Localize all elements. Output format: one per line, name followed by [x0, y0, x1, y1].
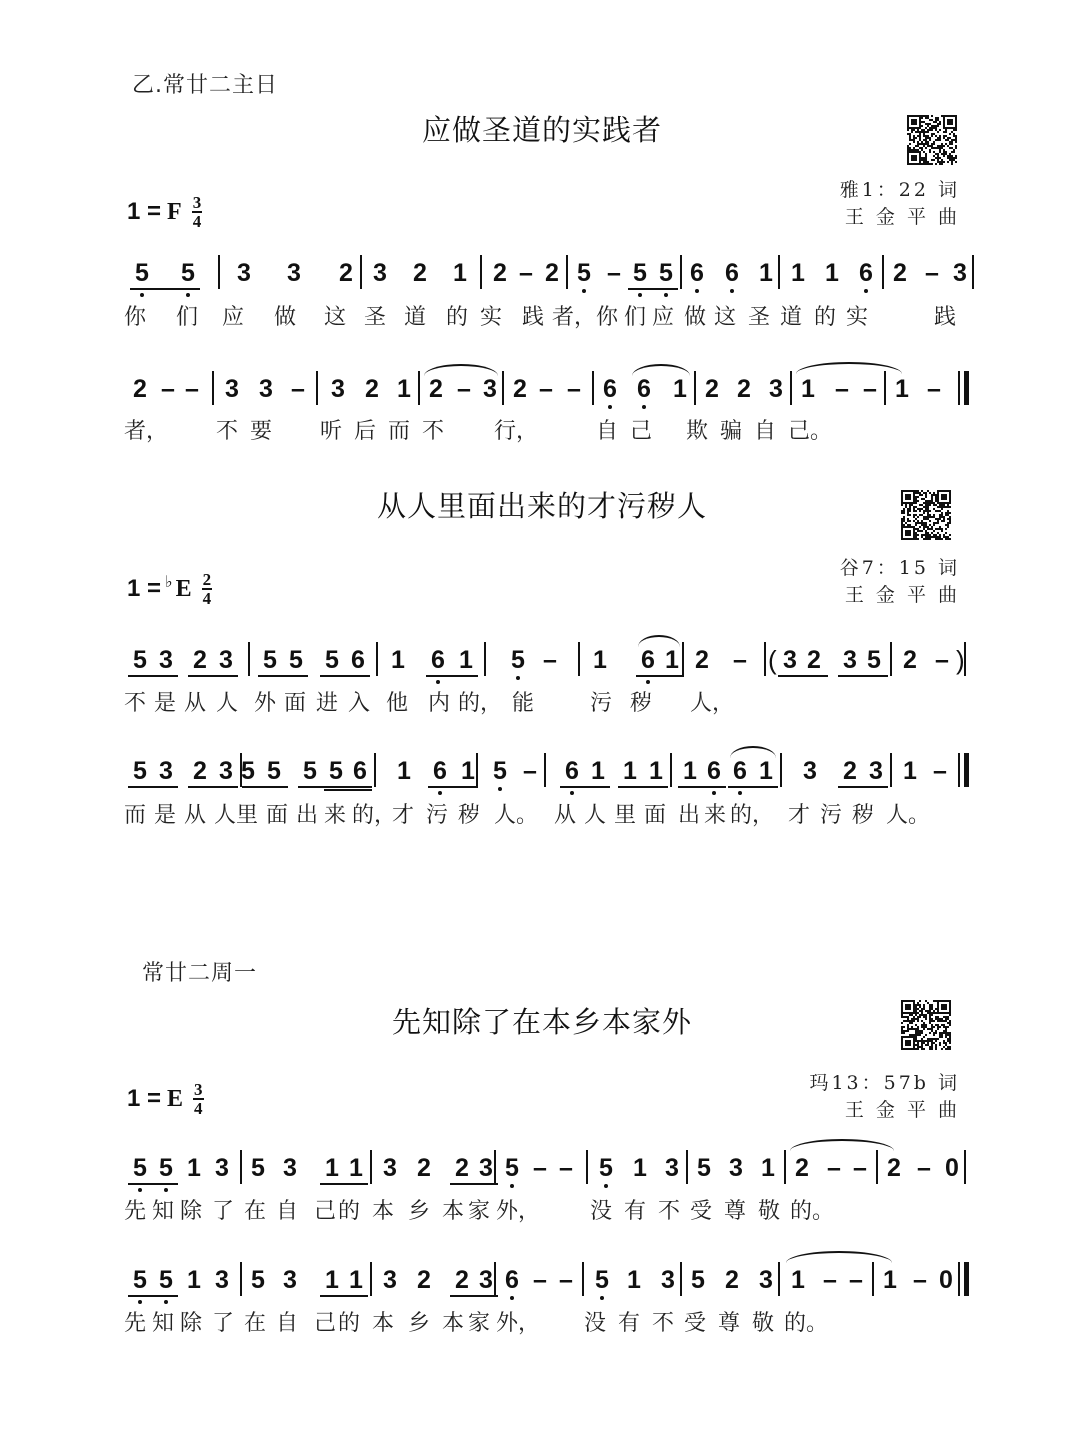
note-value: 1	[325, 1266, 339, 1294]
lyric-syllable: 进	[316, 686, 338, 717]
note: –	[530, 1265, 550, 1295]
note: 1	[624, 1265, 644, 1295]
low-octave-dot	[138, 1300, 142, 1304]
note: 6	[638, 645, 658, 675]
lyric-syllable: 尊	[724, 1194, 746, 1225]
low-octave-dot	[738, 791, 742, 795]
lyrics-line: 先知除了在自己的本乡本家外，没有不受尊敬的。	[124, 1306, 964, 1336]
occasion-label: 常廿二周一	[142, 956, 257, 987]
low-octave-dot	[164, 1188, 168, 1192]
lyric-syllable: 乡	[408, 1194, 430, 1225]
lyric-syllable: 行，	[494, 414, 538, 445]
note: 2	[190, 645, 210, 675]
note-value: 1	[761, 1154, 775, 1182]
note: 2	[884, 1153, 904, 1183]
note-value: 3	[769, 375, 783, 403]
note: 5	[178, 258, 198, 288]
low-octave-dot	[436, 680, 440, 684]
song-credits: 玛13：57b 词王 金 平 曲	[809, 1070, 960, 1124]
note: –	[530, 1153, 550, 1183]
note: 3	[328, 374, 348, 404]
lyric-syllable: 在	[244, 1306, 266, 1337]
note: –	[932, 645, 952, 675]
slur-arc	[786, 1251, 892, 1263]
note-value: –	[935, 646, 949, 674]
time-sig-numerator: 3	[193, 1082, 204, 1100]
note-value: 6	[690, 259, 704, 287]
note: 1	[394, 756, 414, 786]
low-octave-dot	[664, 293, 668, 297]
barline	[680, 255, 682, 289]
note: 2	[890, 258, 910, 288]
note-value: 3	[665, 1154, 679, 1182]
note: 1	[670, 374, 690, 404]
lyric-syllable: 外	[254, 686, 276, 717]
note: 3	[280, 1265, 300, 1295]
note: 5	[864, 645, 884, 675]
note-value: –	[835, 375, 849, 403]
note-value: 5	[595, 1266, 609, 1294]
lyric-syllable: 出	[678, 798, 700, 829]
barline	[890, 753, 892, 787]
eighth-beam	[628, 288, 678, 290]
note: 6	[428, 645, 448, 675]
lyric-syllable: 做	[684, 300, 706, 331]
lyric-syllable: 外，	[496, 1306, 540, 1337]
note-value: 5	[251, 1266, 265, 1294]
barline	[694, 371, 696, 405]
lyric-syllable: 秽	[852, 798, 874, 829]
note-value: 6	[565, 757, 579, 785]
note: 3	[212, 1153, 232, 1183]
barline	[790, 371, 792, 405]
note-value: 6	[707, 757, 721, 785]
note-value: 1	[759, 757, 773, 785]
note: 3	[280, 1153, 300, 1183]
barline	[784, 1150, 786, 1184]
lyric-syllable: 圣	[364, 300, 386, 331]
key-letter: F	[167, 199, 182, 226]
note: 3	[380, 1265, 400, 1295]
lyric-syllable: 受	[690, 1194, 712, 1225]
lyrics-line: 不是从人外面进入他内的，能污秽人，	[124, 686, 964, 716]
note-value: 2	[493, 259, 507, 287]
notation-line: 2––33–3212–32––6612231––1–	[124, 374, 964, 414]
eighth-beam	[324, 789, 372, 791]
low-octave-dot	[510, 1184, 514, 1188]
note-value: –	[925, 259, 939, 287]
note-value: 1	[593, 646, 607, 674]
note: 2	[804, 645, 824, 675]
lyric-syllable: 不	[216, 414, 238, 445]
qr-code-icon[interactable]	[901, 490, 951, 540]
note: 5	[264, 756, 284, 786]
note: 2	[692, 645, 712, 675]
lyric-syllable: 面	[644, 798, 666, 829]
note: –	[536, 374, 556, 404]
note-value: 1	[187, 1266, 201, 1294]
notation-line: 532355561615–1612–32352–()	[124, 645, 964, 685]
low-octave-dot	[600, 1296, 604, 1300]
note: 3	[234, 258, 254, 288]
lyricist-credit: 谷7：15 词	[840, 555, 960, 582]
note: 6	[856, 258, 876, 288]
lyric-syllable: 里	[236, 798, 258, 829]
note-value: 2	[807, 646, 821, 674]
note: 3	[216, 756, 236, 786]
note-value: 5	[133, 646, 147, 674]
note: 1	[590, 645, 610, 675]
note-value: 3	[215, 1154, 229, 1182]
note-value: 3	[383, 1266, 397, 1294]
note: 3	[256, 374, 276, 404]
lyric-syllable: 是	[154, 686, 176, 717]
note: 1	[184, 1265, 204, 1295]
key-signature: 1 =F34	[127, 195, 202, 229]
notation-line: 553323212–25–556611162–3	[124, 258, 964, 298]
note: 5	[300, 756, 320, 786]
note: 3	[476, 1265, 496, 1295]
eighth-beam	[258, 675, 308, 677]
note-value: 3	[159, 757, 173, 785]
note: 3	[216, 645, 236, 675]
note-value: –	[927, 375, 941, 403]
lyric-syllable: 道	[404, 300, 426, 331]
note-value: 5	[241, 757, 255, 785]
song-credits: 谷7：15 词王 金 平 曲	[840, 555, 960, 609]
lyric-syllable: 除	[180, 1194, 202, 1225]
note-value: 5	[133, 757, 147, 785]
note: 6	[502, 1265, 522, 1295]
lyric-syllable: 从	[184, 798, 206, 829]
note: 5	[688, 1265, 708, 1295]
lyric-syllable: 来	[704, 798, 726, 829]
note-value: 5	[511, 646, 525, 674]
note-value: 1	[627, 1266, 641, 1294]
note-value: 5	[181, 259, 195, 287]
barline	[958, 1262, 960, 1296]
barline	[218, 255, 220, 289]
lyric-syllable: 他	[386, 686, 408, 717]
lyric-syllable: 应	[222, 300, 244, 331]
note-value: 1	[791, 259, 805, 287]
composer-credit: 王 金 平 曲	[840, 582, 960, 609]
eighth-beam	[320, 1295, 368, 1297]
note-value: 6	[637, 375, 651, 403]
note-value: –	[823, 1266, 837, 1294]
note: 1	[756, 756, 776, 786]
time-signature: 24	[202, 572, 213, 606]
lyric-syllable: 来	[324, 798, 346, 829]
note: 1	[322, 1265, 342, 1295]
note: 6	[430, 756, 450, 786]
note: 3	[658, 1265, 678, 1295]
lyric-syllable: 圣	[748, 300, 770, 331]
lyric-syllable: 自	[596, 414, 618, 445]
barline	[578, 642, 580, 676]
lyric-syllable: 不	[652, 1306, 674, 1337]
eighth-beam	[426, 675, 478, 677]
note: –	[860, 374, 880, 404]
note-value: 6	[353, 757, 367, 785]
note: 3	[950, 258, 970, 288]
note-value: 5	[867, 646, 881, 674]
lyric-syllable: 受	[684, 1306, 706, 1337]
lyric-syllable: 后	[354, 414, 376, 445]
note-value: 5	[135, 259, 149, 287]
lyric-syllable: 这	[324, 300, 346, 331]
note: 5	[322, 645, 342, 675]
note: 2	[362, 374, 382, 404]
note-value: 1	[459, 646, 473, 674]
note: 2	[840, 756, 860, 786]
note: 3	[480, 374, 500, 404]
note-value: 3	[215, 1266, 229, 1294]
note: 6	[350, 756, 370, 786]
note: –	[182, 374, 202, 404]
lyric-syllable: 乡	[408, 1306, 430, 1337]
low-octave-dot	[695, 289, 699, 293]
note: 0	[936, 1265, 956, 1295]
lyric-syllable: 先	[124, 1306, 146, 1337]
note: 6	[704, 756, 724, 786]
note: 3	[380, 1153, 400, 1183]
note: 5	[130, 645, 150, 675]
slur-arc	[796, 362, 902, 374]
note: 3	[662, 1153, 682, 1183]
note-value: –	[185, 375, 199, 403]
note: 1	[588, 756, 608, 786]
lyric-syllable: 知	[152, 1194, 174, 1225]
note-value: –	[917, 1154, 931, 1182]
lyric-syllable: 秽	[458, 798, 480, 829]
key-do: 1 =	[127, 1085, 161, 1113]
note: 3	[756, 1265, 776, 1295]
barline	[972, 255, 974, 289]
note: 3	[766, 374, 786, 404]
song-credits: 雅1：22 词王 金 平 曲	[840, 177, 960, 231]
note-value: 5	[599, 1154, 613, 1182]
lyric-syllable: 的，	[458, 686, 502, 717]
note: –	[454, 374, 474, 404]
note: 2	[900, 645, 920, 675]
note-value: 2	[429, 375, 443, 403]
note: 2	[702, 374, 722, 404]
note-value: 5	[133, 1154, 147, 1182]
note-value: 3	[283, 1154, 297, 1182]
lyric-syllable: 先	[124, 1194, 146, 1225]
eighth-beam	[728, 786, 778, 788]
note: 5	[596, 1153, 616, 1183]
note-value: 1	[683, 757, 697, 785]
note-value: 2	[887, 1154, 901, 1182]
note-value: 1	[325, 1154, 339, 1182]
note-value: –	[291, 375, 305, 403]
lyric-syllable: 而	[388, 414, 410, 445]
note: 2	[410, 258, 430, 288]
lyric-syllable: 才	[392, 798, 414, 829]
note-value: 6	[733, 757, 747, 785]
lyric-syllable: 欺	[686, 414, 708, 445]
note-value: 3	[803, 757, 817, 785]
note: 5	[260, 645, 280, 675]
note: 1	[680, 756, 700, 786]
lyric-syllable: 你	[124, 300, 146, 331]
note-value: 5	[289, 646, 303, 674]
low-octave-dot	[646, 680, 650, 684]
note: 3	[284, 258, 304, 288]
note-value: 1	[623, 757, 637, 785]
lyric-syllable: 从	[554, 798, 576, 829]
note-value: 5	[697, 1154, 711, 1182]
note-value: 5	[133, 1266, 147, 1294]
lyric-syllable: 的	[446, 300, 468, 331]
barline	[360, 255, 362, 289]
key-letter: E	[176, 576, 192, 603]
lyric-syllable: 秽	[630, 686, 652, 717]
note: 5	[326, 756, 346, 786]
composer-credit: 王 金 平 曲	[840, 204, 960, 231]
note-value: 2	[725, 1266, 739, 1294]
key-signature: 1 =E34	[127, 1082, 204, 1116]
lyric-syllable: 们	[624, 300, 646, 331]
note-value: 1	[633, 1154, 647, 1182]
barline	[682, 642, 684, 676]
time-sig-denominator: 4	[203, 590, 212, 606]
note-value: 3	[373, 259, 387, 287]
low-octave-dot	[712, 791, 716, 795]
note: 2	[130, 374, 150, 404]
note-value: 1	[461, 757, 475, 785]
eighth-beam	[450, 1295, 498, 1297]
note-value: 1	[397, 757, 411, 785]
slur-arc	[730, 746, 776, 758]
note: 6	[562, 756, 582, 786]
note-value: 1	[453, 259, 467, 287]
slur-arc	[638, 635, 680, 647]
note-value: 6	[859, 259, 873, 287]
barline	[480, 255, 482, 289]
note: 3	[370, 258, 390, 288]
note-value: 1	[649, 757, 663, 785]
barline	[884, 371, 886, 405]
lyric-syllable: 家	[468, 1194, 490, 1225]
note: 1	[758, 1153, 778, 1183]
qr-code-icon[interactable]	[901, 1000, 951, 1050]
note-value: 5	[577, 259, 591, 287]
time-sig-numerator: 3	[192, 195, 203, 213]
note-value: 2	[413, 259, 427, 287]
lyric-syllable: 污	[820, 798, 842, 829]
note: 5	[248, 1265, 268, 1295]
note: 2	[452, 1153, 472, 1183]
note: –	[832, 374, 852, 404]
lyric-syllable: 骗	[720, 414, 742, 445]
note: 1	[322, 1153, 342, 1183]
note: 5	[592, 1265, 612, 1295]
low-octave-dot	[140, 293, 144, 297]
lyric-syllable: 敬	[752, 1306, 774, 1337]
lyric-syllable: 自	[276, 1194, 298, 1225]
lyric-syllable: 人	[584, 798, 606, 829]
lyric-syllable: 了	[212, 1194, 234, 1225]
lyric-syllable: 的，	[352, 798, 396, 829]
note: 6	[722, 258, 742, 288]
note-value: 3	[219, 757, 233, 785]
note-value: –	[863, 375, 877, 403]
note-value: 1	[591, 757, 605, 785]
final-barline	[964, 371, 969, 405]
barline	[592, 371, 594, 405]
eighth-beam	[618, 786, 668, 788]
lyric-syllable: 这	[714, 300, 736, 331]
lyric-syllable: 践	[522, 300, 544, 331]
barline	[566, 255, 568, 289]
note-value: 3	[729, 1154, 743, 1182]
key-signature: 1 =♭E24	[127, 572, 212, 606]
note-value: 5	[263, 646, 277, 674]
barline	[316, 371, 318, 405]
note: 2	[414, 1265, 434, 1295]
note: 3	[726, 1153, 746, 1183]
eighth-beam	[450, 1183, 498, 1185]
note-value: –	[559, 1266, 573, 1294]
note-value: 1	[349, 1266, 363, 1294]
lyric-syllable: 而	[124, 798, 146, 829]
note: 1	[184, 1153, 204, 1183]
eighth-beam	[428, 786, 478, 788]
note-value: 2	[795, 1154, 809, 1182]
lyric-syllable: 人	[214, 798, 236, 829]
note-value: 1	[391, 646, 405, 674]
slur-arc	[424, 364, 498, 376]
note: 3	[156, 645, 176, 675]
note: 6	[687, 258, 707, 288]
note-value: 3	[259, 375, 273, 403]
note-value: 5	[659, 259, 673, 287]
note-value: 2	[545, 259, 559, 287]
notation-line: 5513531132236––5135231––1–0	[124, 1265, 964, 1305]
note-value: 6	[351, 646, 365, 674]
note-value: 2	[193, 646, 207, 674]
note-value: 6	[433, 757, 447, 785]
lyric-syllable: 者，	[124, 414, 168, 445]
lyricist-credit: 雅1：22 词	[840, 177, 960, 204]
note: –	[850, 1153, 870, 1183]
low-octave-dot	[438, 791, 442, 795]
key-do: 1 =	[127, 575, 161, 603]
note: –	[730, 645, 750, 675]
note-value: –	[457, 375, 471, 403]
barline	[872, 1262, 874, 1296]
lyric-syllable: 敬	[758, 1194, 780, 1225]
low-octave-dot	[510, 1296, 514, 1300]
barline	[370, 1262, 372, 1296]
note: 2	[336, 258, 356, 288]
note-value: 3	[783, 646, 797, 674]
note: –	[910, 1265, 930, 1295]
note: 5	[490, 756, 510, 786]
qr-code-icon[interactable]	[907, 115, 957, 165]
note: 5	[508, 645, 528, 675]
barline	[958, 371, 960, 405]
low-octave-dot	[604, 1184, 608, 1188]
note: –	[158, 374, 178, 404]
note: 3	[476, 1153, 496, 1183]
note: 5	[130, 756, 150, 786]
note: 2	[414, 1153, 434, 1183]
note-value: 3	[331, 375, 345, 403]
